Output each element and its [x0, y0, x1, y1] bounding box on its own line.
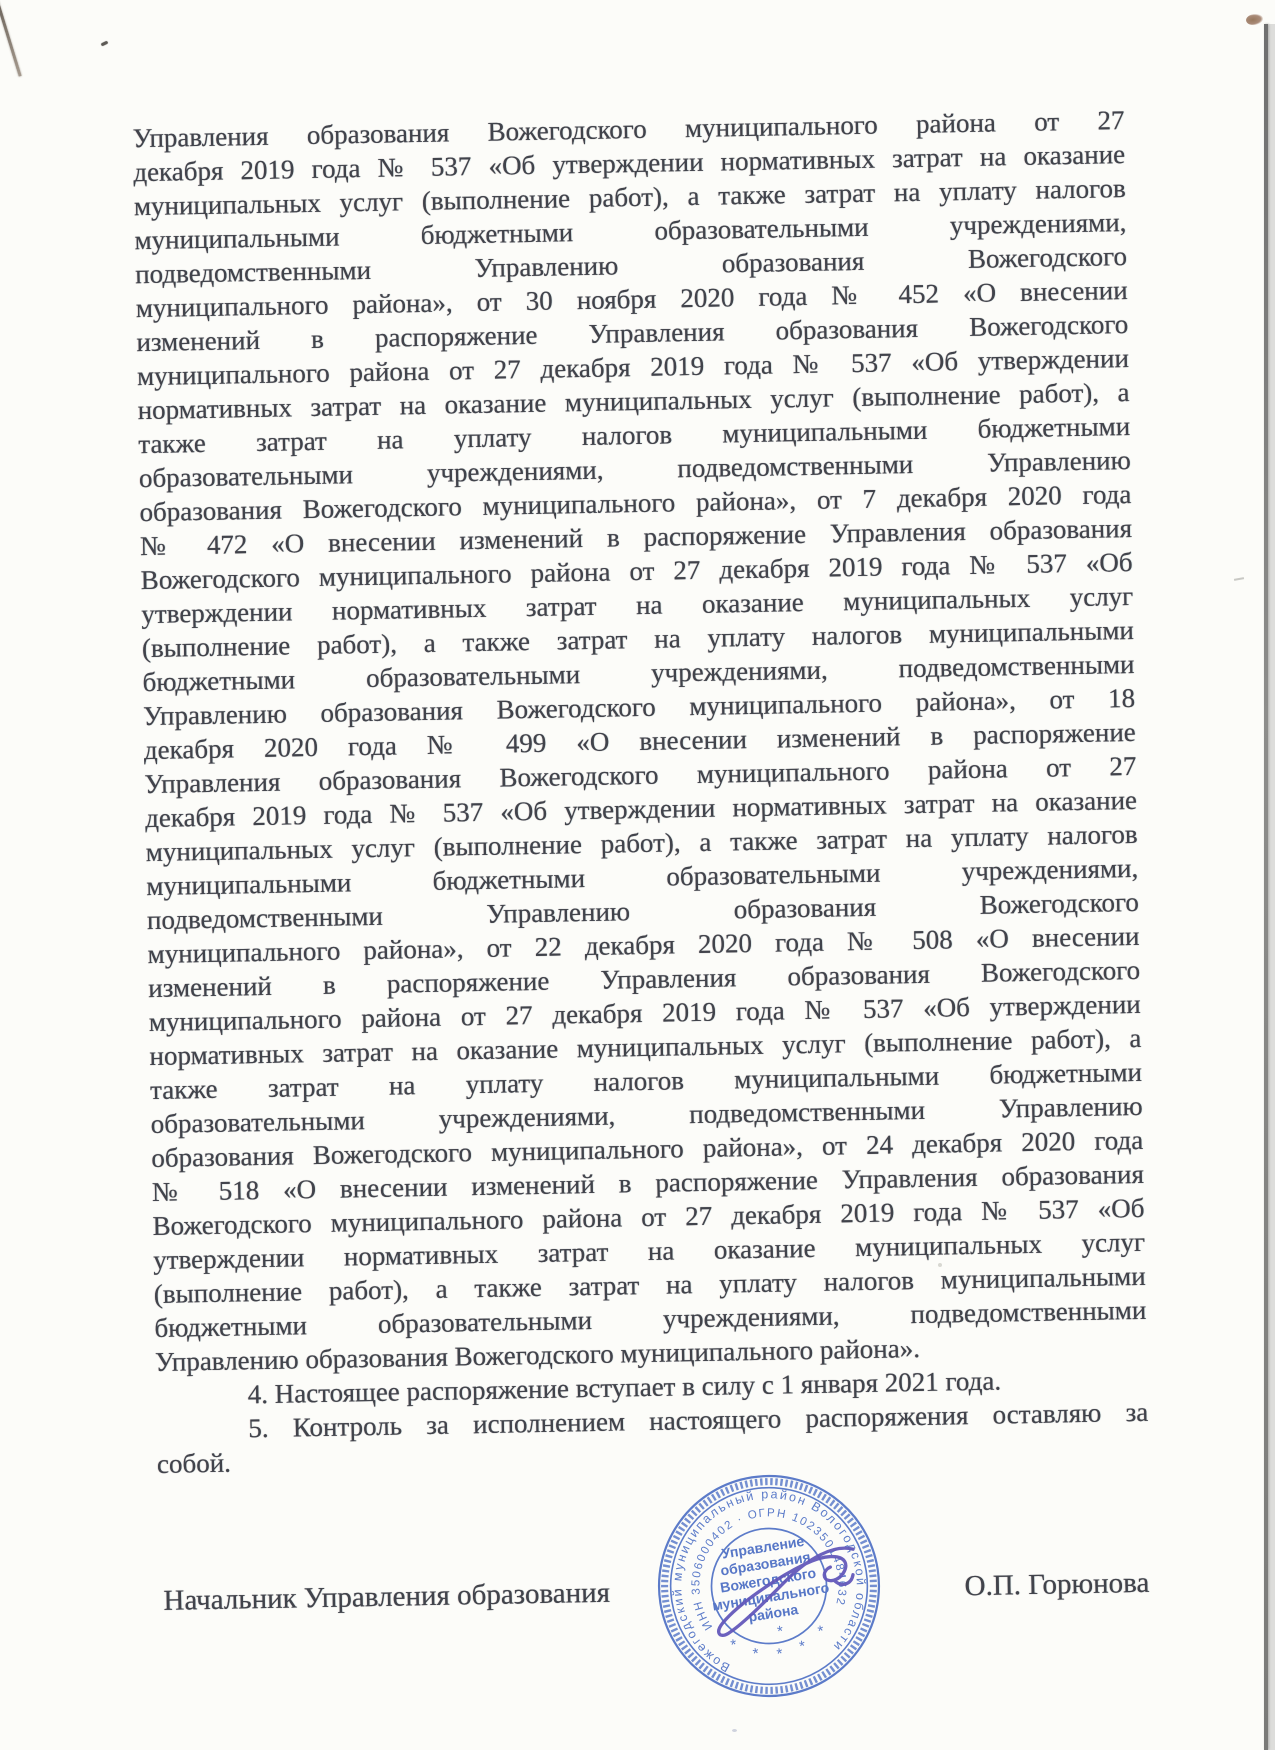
scan-edge-line: [1264, 24, 1268, 1750]
scanned-document-page: Управления образования Вожегодского муни…: [0, 0, 1275, 1750]
signer-name: О.П. Горюнова: [964, 1565, 1151, 1604]
stamp-asterisk: *: [798, 1638, 807, 1656]
document-text-block: Управления образования Вожегодского муни…: [132, 103, 1151, 1619]
body-text: Управления образования Вожегодского муни…: [132, 103, 1149, 1481]
scan-edge-light: [1268, 24, 1275, 1750]
stamp-asterisk: *: [730, 1636, 739, 1654]
scan-speck: [1234, 577, 1244, 581]
signer-position-label: Начальник Управления образования: [159, 1575, 610, 1619]
stamp-asterisk: *: [817, 1623, 826, 1641]
stamp-center-text: Управление образования Вожегодского муни…: [703, 1530, 833, 1630]
pen-tick-mark: [101, 41, 109, 47]
stamp-asterisk: *: [776, 1645, 785, 1663]
stamp-asterisk: *: [776, 1623, 785, 1641]
stamp-asterisk: *: [752, 1645, 761, 1663]
scan-speck: [732, 1729, 737, 1732]
scan-fold-line: [0, 1, 22, 76]
ink-smudge: [1245, 13, 1263, 26]
official-round-stamp: Вожегодский муниципальный район Вологодс…: [636, 1453, 901, 1718]
